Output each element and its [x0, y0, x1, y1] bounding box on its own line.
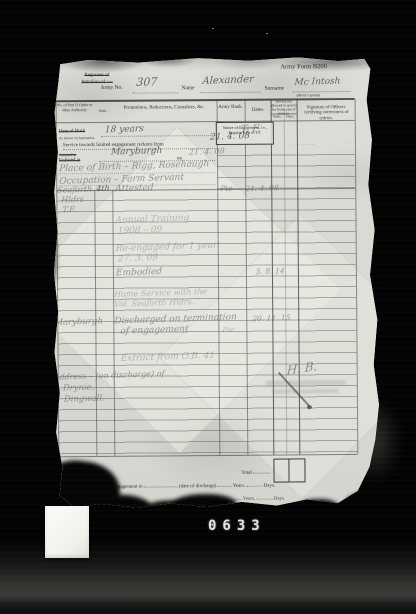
handwritten-entry: 307 — [136, 75, 158, 89]
tear-blot — [298, 499, 340, 519]
faint-stamp — [266, 380, 346, 386]
name-rule — [201, 92, 261, 93]
handwritten-entry: Hldrs — [61, 195, 84, 205]
handwritten-entry: 27. 3. 09 — [117, 253, 158, 264]
years-label: Years. — [233, 484, 245, 489]
years-label: Years. — [243, 497, 255, 502]
handwritten-entry: 1908 – 09 — [117, 225, 162, 237]
total-leader — [253, 468, 271, 474]
block-capitals-caption: (Block Capitals) — [297, 93, 321, 97]
pen-stroke-end — [307, 405, 312, 409]
army-no-rule — [133, 92, 179, 93]
header-bottom-rule — [56, 120, 355, 123]
edge-smudge — [46, 149, 53, 173]
table-top-rule — [56, 98, 355, 102]
total-years-days-box — [273, 458, 305, 482]
col-header-promotions: Promotions, Reductions, Casualties, &c. — [114, 105, 215, 112]
handwritten-entry: 5. 8. 14 — [256, 266, 285, 276]
microfilm-frame: Army Form B200 Regiment of Battalion of … — [0, 0, 416, 614]
handwritten-entry: Drynie, — [62, 383, 94, 394]
frame-counter: 0633 — [208, 518, 266, 534]
leader — [144, 481, 178, 487]
handwritten-entry: Maryburgh — [111, 146, 163, 158]
handwritten-entry: Mc Intosh — [294, 76, 341, 88]
ruled-lines-upper-right — [217, 144, 355, 189]
handwriting-layer: 307AlexanderMc Intosh18 years21. 4. 08Ma… — [48, 55, 388, 58]
regiment-label: Regiment of — [84, 73, 109, 79]
date-of-birth-label: Date of Birth — [59, 129, 85, 135]
film-speck — [212, 28, 214, 29]
handwritten-entry: Dingwall. — [64, 393, 106, 404]
col-header-authority: No. of Part II Order or other Authority. — [57, 103, 93, 112]
leader — [246, 481, 262, 487]
form-number: Army Form B200 — [280, 63, 327, 71]
handwritten-entry: Pte — [220, 184, 233, 193]
handwritten-entry: Pte — [222, 326, 234, 334]
handwritten-entry: 18 years — [104, 124, 144, 135]
handwritten-entry: T.F. — [62, 205, 76, 214]
army-no-label: Army No. — [100, 85, 122, 91]
total-label: Total — [241, 468, 271, 476]
edge-smudge — [46, 225, 57, 287]
faint-stamp — [273, 389, 339, 394]
handwritten-entry: T. F. — [240, 123, 261, 135]
handwritten-entry: 20. 11. 15 — [252, 313, 291, 323]
handwritten-entry: Seaforth — [57, 185, 93, 195]
handwritten-entry: Alexander — [202, 74, 254, 87]
handwritten-entry: 21. 4. 08 — [189, 146, 225, 156]
col-header-army-rank: Army Rank. — [217, 105, 245, 111]
handwritten-entry: 4th — [96, 184, 110, 193]
handwritten-entry: Attested — [115, 183, 154, 194]
tear-blot — [172, 494, 238, 521]
leader — [218, 481, 232, 487]
days-label: Days. — [274, 496, 286, 501]
handwritten-entry: 21. 4. 08 — [245, 183, 279, 193]
surname-rule — [293, 91, 351, 92]
tear-blot — [82, 495, 152, 526]
white-marker-card — [45, 506, 89, 558]
film-speck — [266, 33, 268, 34]
attestation-caption: As shown on Attestation. — [59, 136, 95, 140]
dotted-rule — [101, 135, 215, 137]
date-of-discharge-label: (date of discharge) — [179, 484, 216, 489]
document-army-form-b200: Army Form B200 Regiment of Battalion of … — [48, 55, 392, 510]
col-header-unit: Unit. — [94, 109, 112, 114]
handwritten-entry: Embodied — [116, 267, 163, 279]
total-label-text: Total — [241, 471, 251, 476]
col-header-dates: Dates. — [245, 108, 272, 114]
days-label: Days. — [264, 484, 276, 489]
name-label: Name — [181, 85, 194, 91]
subcol-days: Days. — [284, 114, 297, 118]
surname-label: Surname — [264, 85, 284, 91]
leader — [256, 494, 272, 500]
subcol-years: Years. — [271, 114, 284, 118]
col-header-signature: Signature of Officers certifying correct… — [299, 104, 354, 120]
handwritten-entry: Maryburgh — [54, 316, 103, 328]
